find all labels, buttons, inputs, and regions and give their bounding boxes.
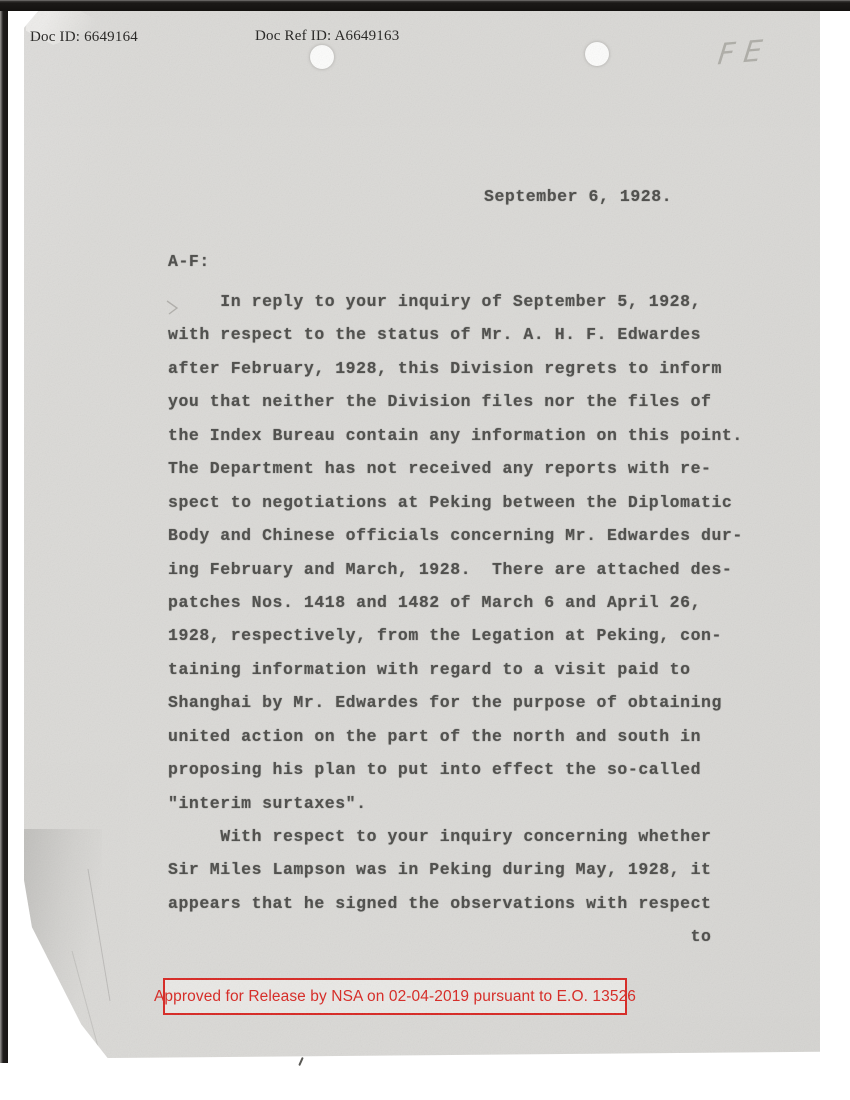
typed-line: With respect to your inquiry concerning … <box>168 820 743 853</box>
typed-line: proposing his plan to put into effect th… <box>168 753 743 786</box>
typed-line: The Department has not received any repo… <box>168 452 743 485</box>
typed-line: after February, 1928, this Division regr… <box>168 352 743 385</box>
typed-line: spect to negotiations at Peking between … <box>168 486 743 519</box>
typed-line: Body and Chinese officials concerning Mr… <box>168 519 743 552</box>
typed-line: 1928, respectively, from the Legation at… <box>168 619 743 652</box>
letter-date: September 6, 1928. <box>484 187 672 206</box>
doc-id-label: Doc ID: 6649164 <box>30 29 138 46</box>
typed-line: taining information with regard to a vis… <box>168 653 743 686</box>
typed-line: Sir Miles Lampson was in Peking during M… <box>168 853 743 886</box>
typed-line: Shanghai by Mr. Edwardes for the purpose… <box>168 686 743 719</box>
typed-line: appears that he signed the observations … <box>168 887 743 920</box>
typed-line: you that neither the Division files nor … <box>168 385 743 418</box>
doc-ref-id-label: Doc Ref ID: A6649163 <box>255 28 399 45</box>
letter-salutation: A-F: <box>168 252 210 271</box>
typed-line: patches Nos. 1418 and 1482 of March 6 an… <box>168 586 743 619</box>
typed-line: united action on the part of the north a… <box>168 720 743 753</box>
letter-body: In reply to your inquiry of September 5,… <box>168 285 743 954</box>
typed-line: the Index Bureau contain any information… <box>168 419 743 452</box>
typed-line: with respect to the status of Mr. A. H. … <box>168 318 743 351</box>
typed-line: "interim surtaxes". <box>168 787 743 820</box>
punch-hole-left <box>310 45 334 69</box>
scanner-left-edge <box>0 11 8 1063</box>
typed-line: to <box>168 920 743 953</box>
typed-line: ing February and March, 1928. There are … <box>168 553 743 586</box>
scanner-top-edge <box>0 0 850 11</box>
release-stamp-text: Approved for Release by NSA on 02-04-201… <box>154 988 636 1006</box>
stray-pen-tick <box>298 1057 303 1066</box>
release-stamp-box: Approved for Release by NSA on 02-04-201… <box>163 978 627 1015</box>
punch-hole-right <box>585 42 609 66</box>
page-curl-crease <box>44 841 114 1056</box>
typed-line: In reply to your inquiry of September 5,… <box>168 285 743 318</box>
paper-page: Doc ID: 6649164 Doc Ref ID: A6649163 FE … <box>24 11 820 1058</box>
handwritten-fe-note: FE <box>716 32 773 71</box>
scanned-document-viewport: Doc ID: 6649164 Doc Ref ID: A6649163 FE … <box>0 0 850 1100</box>
